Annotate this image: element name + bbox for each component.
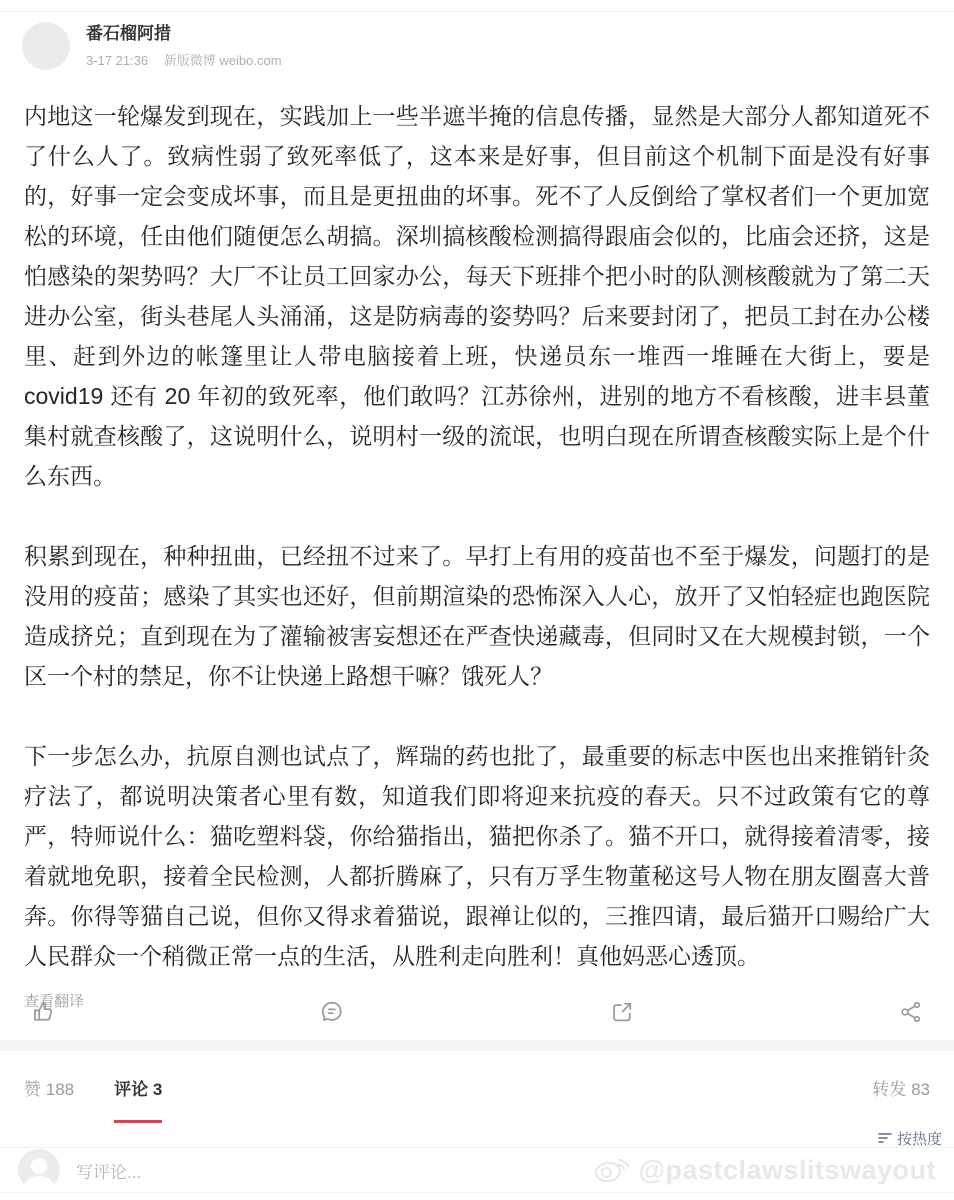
post-paragraph-2: 积累到现在，种种扭曲，已经扭不过来了。早打上有用的疫苗也不至于爆发，问题打的是没…	[24, 536, 930, 696]
author-avatar[interactable]	[22, 22, 70, 70]
reposts-label: 转发	[872, 1080, 906, 1099]
likes-count: 188	[46, 1080, 74, 1099]
sort-control[interactable]: 按热度	[878, 1128, 942, 1147]
comment-button[interactable]	[319, 999, 345, 1025]
share-icon	[898, 999, 924, 1025]
comment-input[interactable]: 写评论...	[76, 1158, 593, 1183]
section-divider	[0, 1040, 954, 1051]
post-meta: 3-17 21:36 新版微博 weibo.com	[86, 50, 282, 69]
sort-icon	[878, 1128, 892, 1147]
author-info: 番石榴阿措 3-17 21:36 新版微博 weibo.com	[86, 23, 282, 69]
post-source[interactable]: 新版微博 weibo.com	[164, 53, 282, 68]
watermark: @pastclawslitswayout	[593, 1150, 936, 1191]
tab-comments[interactable]: 评论 3	[114, 1075, 162, 1123]
post-header: 番石榴阿措 3-17 21:36 新版微博 weibo.com	[22, 22, 282, 70]
share-button[interactable]	[898, 999, 924, 1025]
action-bar	[0, 984, 954, 1040]
likes-label: 赞	[24, 1080, 41, 1099]
comments-label: 评论	[114, 1080, 148, 1099]
watermark-text: @pastclawslitswayout	[639, 1155, 936, 1186]
comment-bar: 写评论... @pastclawslitswayout	[0, 1147, 954, 1193]
top-divider	[0, 11, 954, 12]
author-username[interactable]: 番石榴阿措	[86, 23, 282, 45]
stats-bar: 赞 188 评论 3 转发 83	[0, 1051, 954, 1129]
person-icon	[31, 1158, 47, 1174]
current-user-avatar[interactable]	[18, 1149, 60, 1191]
weibo-post-page: 番石榴阿措 3-17 21:36 新版微博 weibo.com 内地这一轮爆发到…	[0, 0, 954, 1200]
post-paragraph-1: 内地这一轮爆发到现在，实践加上一些半遮半掩的信息传播，显然是大部分人都知道死不了…	[24, 96, 930, 496]
like-icon	[30, 999, 56, 1025]
post-paragraph-3: 下一步怎么办，抗原自测也试点了，辉瑞的药也批了，最重要的标志中医也出来推销针灸疗…	[24, 736, 930, 976]
comments-count: 3	[153, 1080, 162, 1099]
comment-icon	[319, 999, 345, 1025]
post-body: 内地这一轮爆发到现在，实践加上一些半遮半掩的信息传播，显然是大部分人都知道死不了…	[24, 96, 930, 1022]
tab-likes[interactable]: 赞 188	[24, 1075, 74, 1123]
export-button[interactable]	[609, 999, 635, 1025]
like-button[interactable]	[30, 999, 56, 1025]
tab-reposts[interactable]: 转发 83	[872, 1075, 930, 1100]
post-timestamp: 3-17 21:36	[86, 53, 148, 68]
weibo-logo-icon	[593, 1150, 633, 1191]
reposts-count: 83	[911, 1080, 930, 1099]
sort-label: 按热度	[897, 1128, 942, 1147]
export-icon	[609, 999, 635, 1025]
stats-tabs: 赞 188 评论 3	[24, 1075, 162, 1123]
